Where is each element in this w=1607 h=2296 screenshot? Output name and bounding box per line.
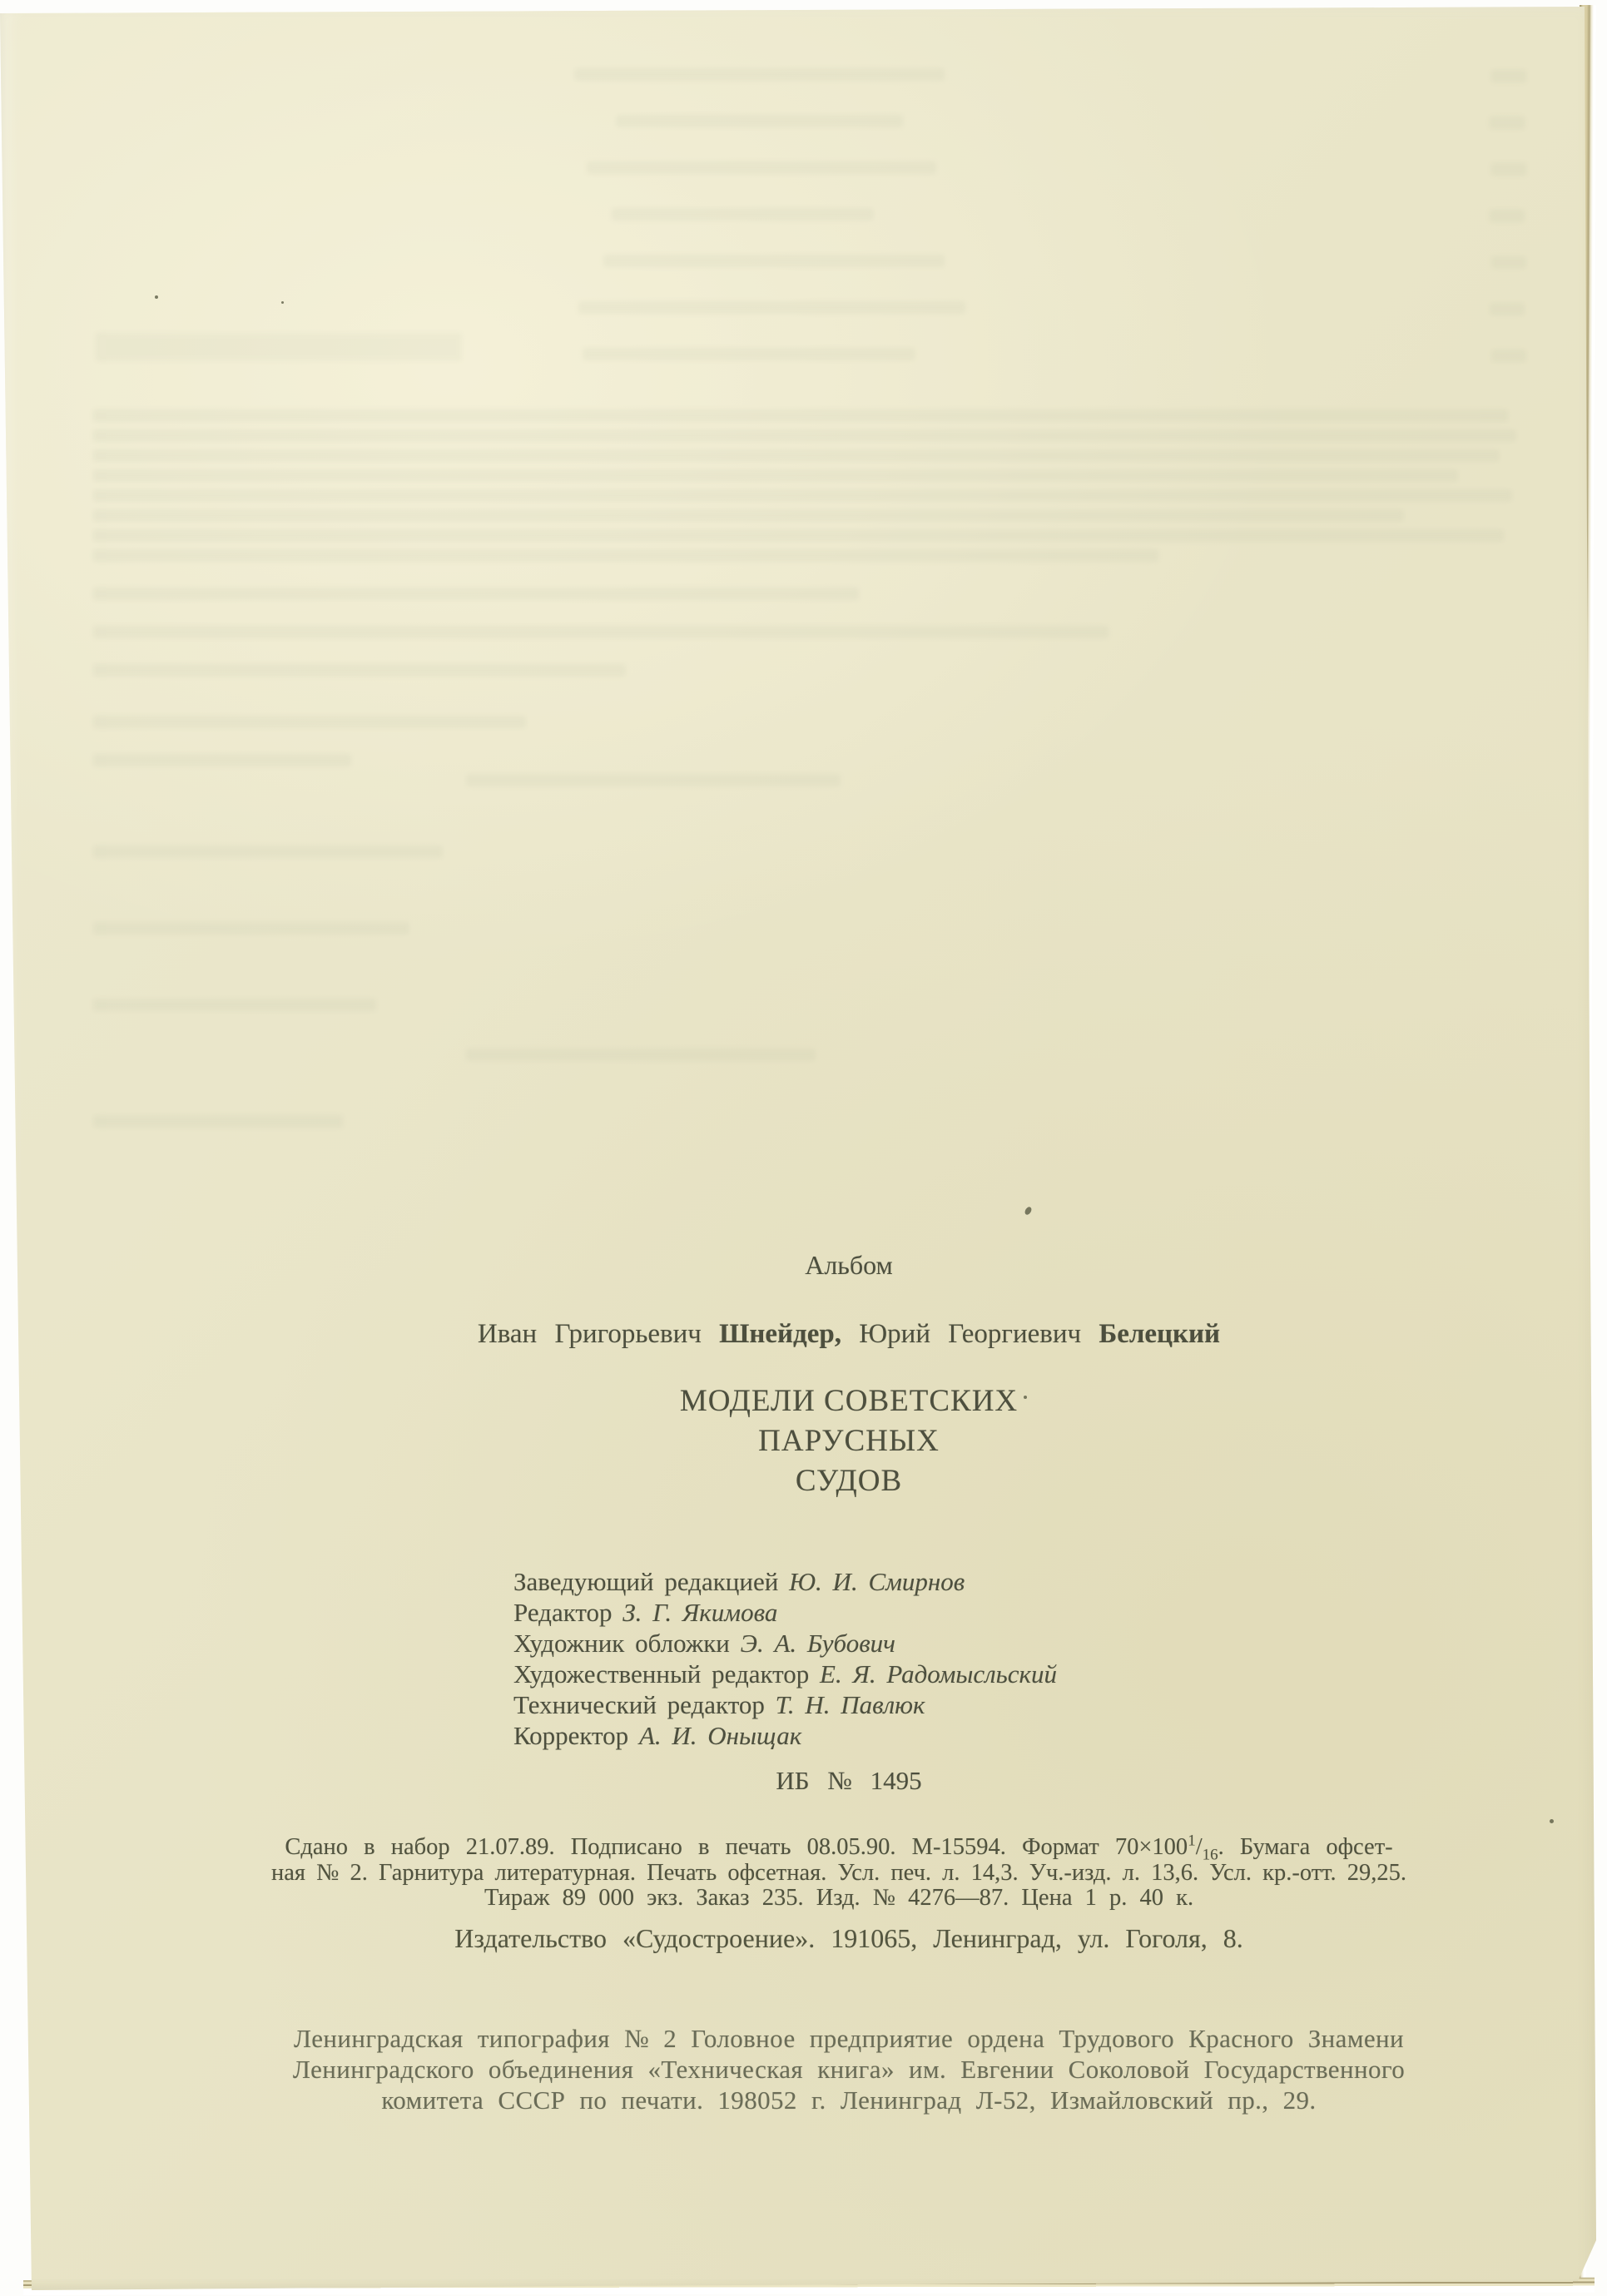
staff-row-editor: Редактор З. Г. Якимова (513, 1597, 1057, 1628)
printing-house-line-3: комитета СССР по печати. 198052 г. Ленин… (100, 2085, 1598, 2115)
publisher-address-line: Издательство «Судостроение». 191065, Лен… (100, 1923, 1598, 1954)
imprint-line-1: Сдано в набор 21.07.89. Подписано в печа… (178, 1834, 1500, 1861)
book-title: МОДЕЛИ СОВЕТСКИХ ПАРУСНЫХ СУДОВ (100, 1381, 1598, 1501)
editorial-staff-list: Заведующий редакцией Ю. И. Смирнов Редак… (513, 1566, 1057, 1751)
book-colophon-page: Альбом Иван Григорьевич Шнейдер, Юрий Ге… (0, 0, 1607, 2296)
format-fraction-numerator: 1 (1188, 1832, 1196, 1850)
book-title-line-1: МОДЕЛИ СОВЕТСКИХ (100, 1381, 1598, 1421)
edition-type-label: Альбом (100, 1250, 1598, 1281)
printing-house-line-2: Ленинградского объединения «Техническая … (100, 2054, 1598, 2085)
author-2-given: Юрий Георгиевич (859, 1319, 1099, 1349)
author-1-surname: Шнейдер, (719, 1319, 841, 1349)
author-2-surname: Белецкий (1099, 1319, 1220, 1349)
staff-row-art-editor: Художественный редактор Е. Я. Радомысльс… (513, 1659, 1057, 1689)
printing-house-line-1: Ленинградская типография № 2 Головное пр… (100, 2023, 1598, 2054)
staff-row-managing-editor: Заведующий редакцией Ю. И. Смирнов (513, 1566, 1057, 1597)
printing-house-paragraph: Ленинградская типография № 2 Головное пр… (100, 2023, 1598, 2115)
imprint-line-2: ная № 2. Гарнитура литературная. Печать … (178, 1860, 1500, 1887)
ib-number: ИБ № 1495 (100, 1766, 1598, 1796)
staff-row-proofreader: Корректор А. И. Оныщак (513, 1720, 1057, 1751)
author-1-given: Иван Григорьевич (478, 1319, 719, 1349)
book-title-line-3: СУДОВ (100, 1461, 1598, 1501)
staff-row-technical-editor: Технический редактор Т. Н. Павлюк (513, 1689, 1057, 1720)
staff-row-cover-artist: Художник обложки Э. А. Бубович (513, 1628, 1057, 1659)
authors-line: Иван Григорьевич Шнейдер, Юрий Георгиеви… (100, 1319, 1598, 1350)
imprint-line-3: Тираж 89 000 экз. Заказ 235. Изд. № 4276… (178, 1885, 1500, 1912)
book-title-line-2: ПАРУСНЫХ (100, 1421, 1598, 1461)
